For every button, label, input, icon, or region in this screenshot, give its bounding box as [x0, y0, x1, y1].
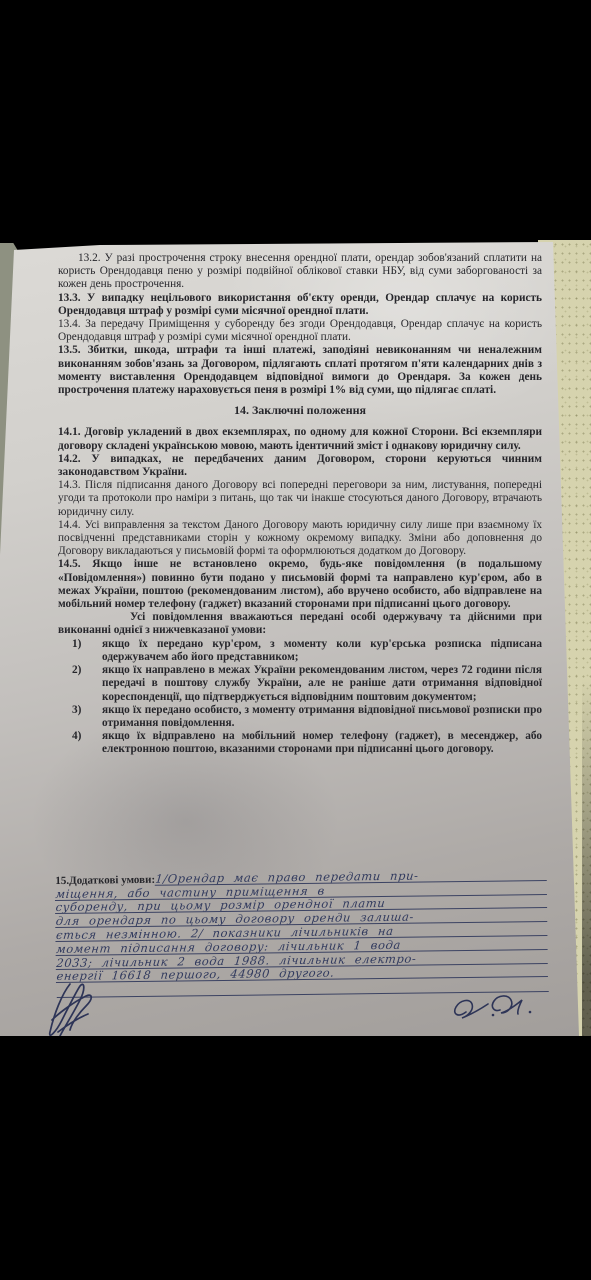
clause-13-4: 13.4. За передачу Приміщення у суборенду…	[58, 318, 542, 344]
clause-14-1: 14.1. Договір укладений в двох екземпляр…	[58, 426, 542, 452]
clause-13-3: 13.3. У випадку нецільового використання…	[58, 292, 542, 318]
notices-intro: Усі повідомлення вважаються передані осо…	[58, 611, 542, 637]
photographed-contract-page: 13.2. У разі прострочення строку внесенн…	[0, 0, 591, 1280]
folder-shadow	[582, 678, 591, 1036]
initials-flourish	[448, 990, 544, 1024]
additional-terms-section: 15.Додаткові умови: 1/Орендар має право …	[55, 867, 548, 998]
notice-item-2: 2) якщо їх направлено в межах України ре…	[58, 664, 542, 704]
notice-item-3: 3) якщо їх передано особисто, з моменту …	[58, 704, 542, 730]
notice-item-text: якщо їх направлено в межах України реком…	[102, 664, 542, 704]
section-14-heading: 14. Заключні положення	[58, 404, 542, 417]
notice-item-number: 4)	[58, 730, 102, 756]
notice-item-number: 1)	[58, 638, 102, 664]
contract-sheet: 13.2. У разі прострочення строку внесенн…	[0, 240, 579, 1036]
notice-item-number: 3)	[58, 704, 102, 730]
notice-item-4: 4) якщо їх відправлено на мобільний номе…	[58, 730, 542, 756]
notice-item-text: якщо їх відправлено на мобільний номер т…	[102, 730, 542, 756]
clause-14-2: 14.2. У випадках, не передбачених даним …	[58, 453, 542, 479]
clause-13-2: 13.2. У разі прострочення строку внесенн…	[58, 252, 542, 292]
notice-item-number: 2)	[58, 664, 102, 704]
clause-14-3: 14.3. Після підписання даного Договору в…	[58, 479, 542, 519]
clause-14-4: 14.4. Усі виправлення за текстом Даного …	[58, 519, 542, 559]
signature-scribble	[36, 980, 114, 1038]
notice-item-1: 1) якщо їх передано кур'єром, з моменту …	[58, 638, 542, 664]
additional-terms-label: 15.Додаткові умови:	[55, 874, 155, 887]
notice-item-text: якщо їх передано кур'єром, з моменту кол…	[102, 638, 542, 664]
clause-13-5: 13.5. Збитки, шкода, штрафи та інші плат…	[58, 344, 542, 397]
notice-item-text: якщо їх передано особисто, з моменту отр…	[102, 704, 542, 730]
printed-text-block: 13.2. У разі прострочення строку внесенн…	[58, 252, 542, 757]
clause-14-5: 14.5. Якщо інше не встановлено окремо, б…	[58, 558, 542, 611]
